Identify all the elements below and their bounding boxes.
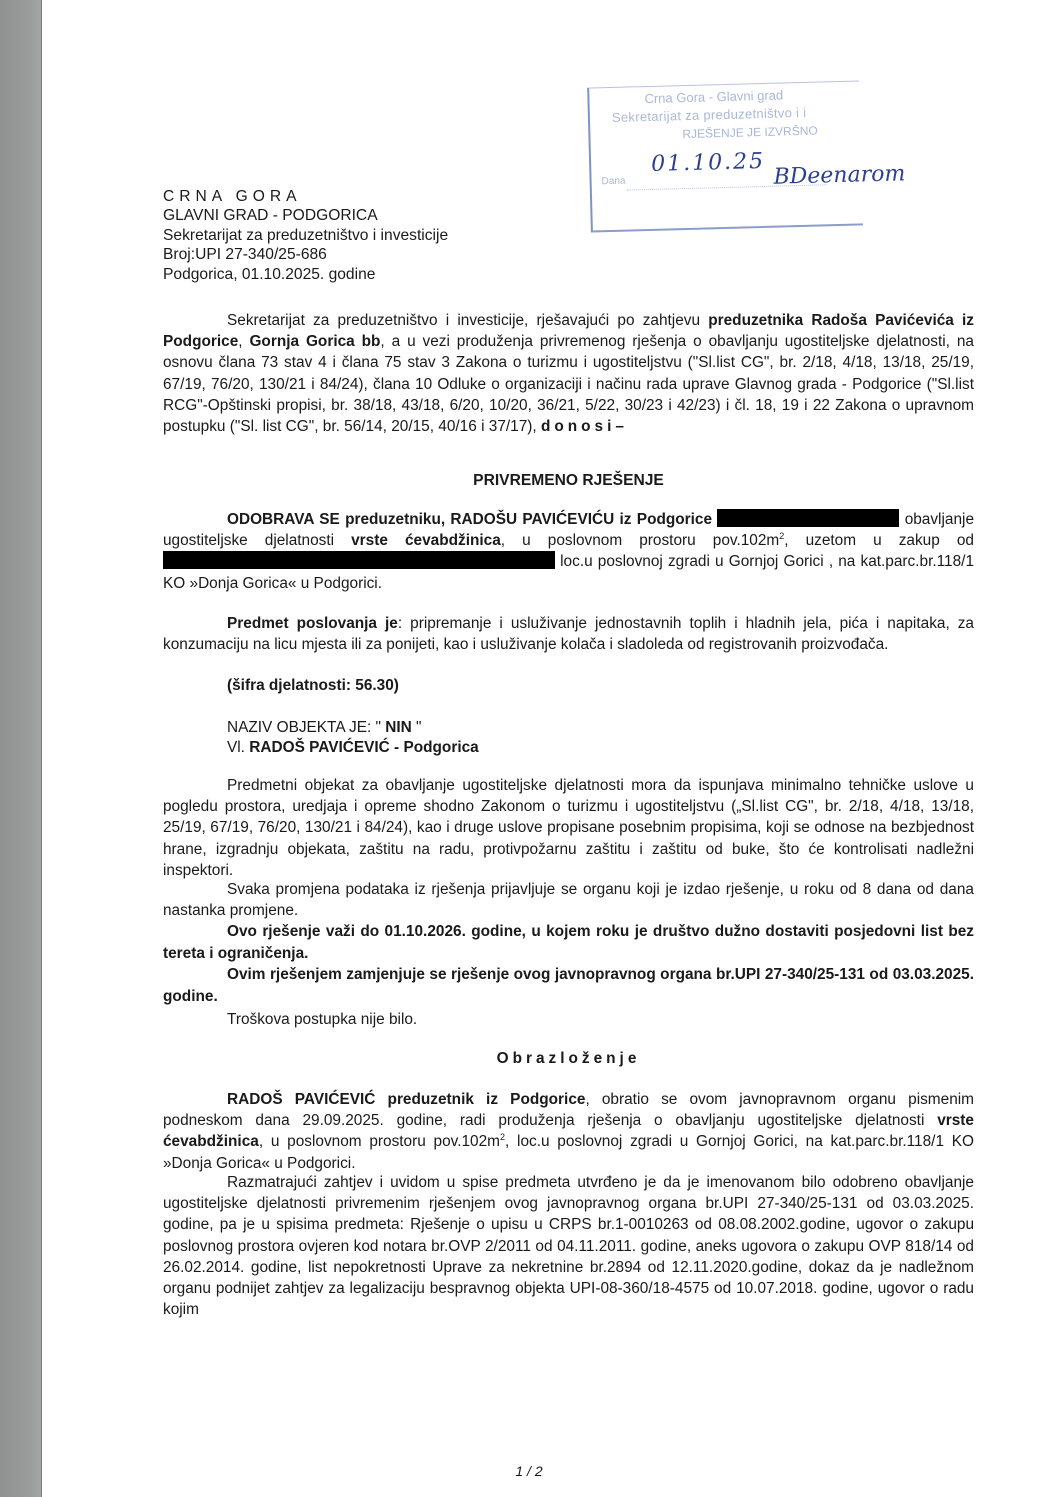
reasoning-applicant: RADOŠ PAVIĆEVIĆ preduzetnik iz Podgorice [227,1091,585,1108]
header-department: Sekretarijat za preduzetništvo i investi… [163,226,448,245]
object-label-end: " [412,719,422,736]
redacted-block [163,551,555,569]
object-label: NAZIV OBJEKTA JE: " [227,719,385,736]
handwritten-date: 01.10.25 [651,154,765,173]
stamp-line-1: Crna Gora - Glavni grad [644,87,783,107]
object-name: NIN [385,719,412,736]
owner-prefix: Vl. [227,739,249,756]
object-name-line: NAZIV OBJEKTA JE: " NIN " [227,717,927,738]
reasoning-paragraph-1: RADOŠ PAVIĆEVIĆ preduzetnik iz Podgorice… [163,1089,974,1174]
intro-text-1: Sekretarijat za preduzetništvo i investi… [227,312,708,329]
approval-text-2: , u poslovnom prostoru pov.102m [501,532,779,549]
conditions-paragraph: Predmetni objekat za obavljanje ugostite… [163,775,974,881]
approval-paragraph: ODOBRAVA SE preduzetniku, RADOŠU PAVIĆEV… [163,509,974,594]
business-label: Predmet poslovanja je [227,615,398,632]
validity-paragraph: Ovo rješenje važi do 01.10.2026. godine,… [163,921,974,965]
received-stamp: Crna Gora - Glavni grad Sekretarijat za … [587,80,863,232]
page-number: 1 / 2 [0,1463,1058,1479]
document-header: CRNA GORA GLAVNI GRAD - PODGORICA Sekret… [163,187,448,284]
costs-paragraph: Troškova postupka nije bilo. [163,1009,974,1030]
business-paragraph: Predmet poslovanja je: pripremanje i usl… [163,613,974,655]
replacement-paragraph: Ovim rješenjem zamjenjuje se rješenje ov… [163,964,974,1008]
handwritten-signature: BDeenarom [773,166,905,185]
activity-code: (šifra djelatnosti: 56.30) [227,675,927,696]
intro-donosi: donosi– [541,418,628,435]
header-city: GLAVNI GRAD - PODGORICA [163,206,448,225]
reasoning-text-2: , u poslovnom prostoru pov.102m [259,1133,500,1150]
header-number: Broj:UPI 27-340/25-686 [163,245,448,264]
owner-name: RADOŠ PAVIĆEVIĆ - Podgorica [249,739,478,756]
approval-grantee: ODOBRAVA SE preduzetniku, RADOŠU PAVIĆEV… [227,511,712,528]
approval-text-3: , uzetom u zakup od [784,532,974,549]
redacted-block [717,509,899,527]
intro-text-2: , [238,333,249,350]
scan-edge-shadow [0,0,42,1497]
stamp-line-3: RJEŠENJE JE IZVRŠNO [682,123,818,143]
intro-address: Gornja Gorica bb [249,333,380,350]
header-country: CRNA GORA [163,187,448,206]
reasoning-paragraph-2: Razmatrajući zahtjev i uvidom u spise pr… [163,1172,974,1320]
reasoning-title: Obrazloženje [163,1048,974,1069]
stamp-date-label: Dana [601,174,625,191]
decision-title: PRIVREMENO RJEŠENJE [163,470,974,491]
object-owner-line: Vl. RADOŠ PAVIĆEVIĆ - Podgorica [227,737,927,758]
header-place-date: Podgorica, 01.10.2025. godine [163,265,448,284]
approval-type: vrste ćevabdžinica [351,532,501,549]
change-notice-paragraph: Svaka promjena podataka iz rješenja prij… [163,879,974,921]
intro-paragraph: Sekretarijat za preduzetništvo i investi… [163,310,974,437]
